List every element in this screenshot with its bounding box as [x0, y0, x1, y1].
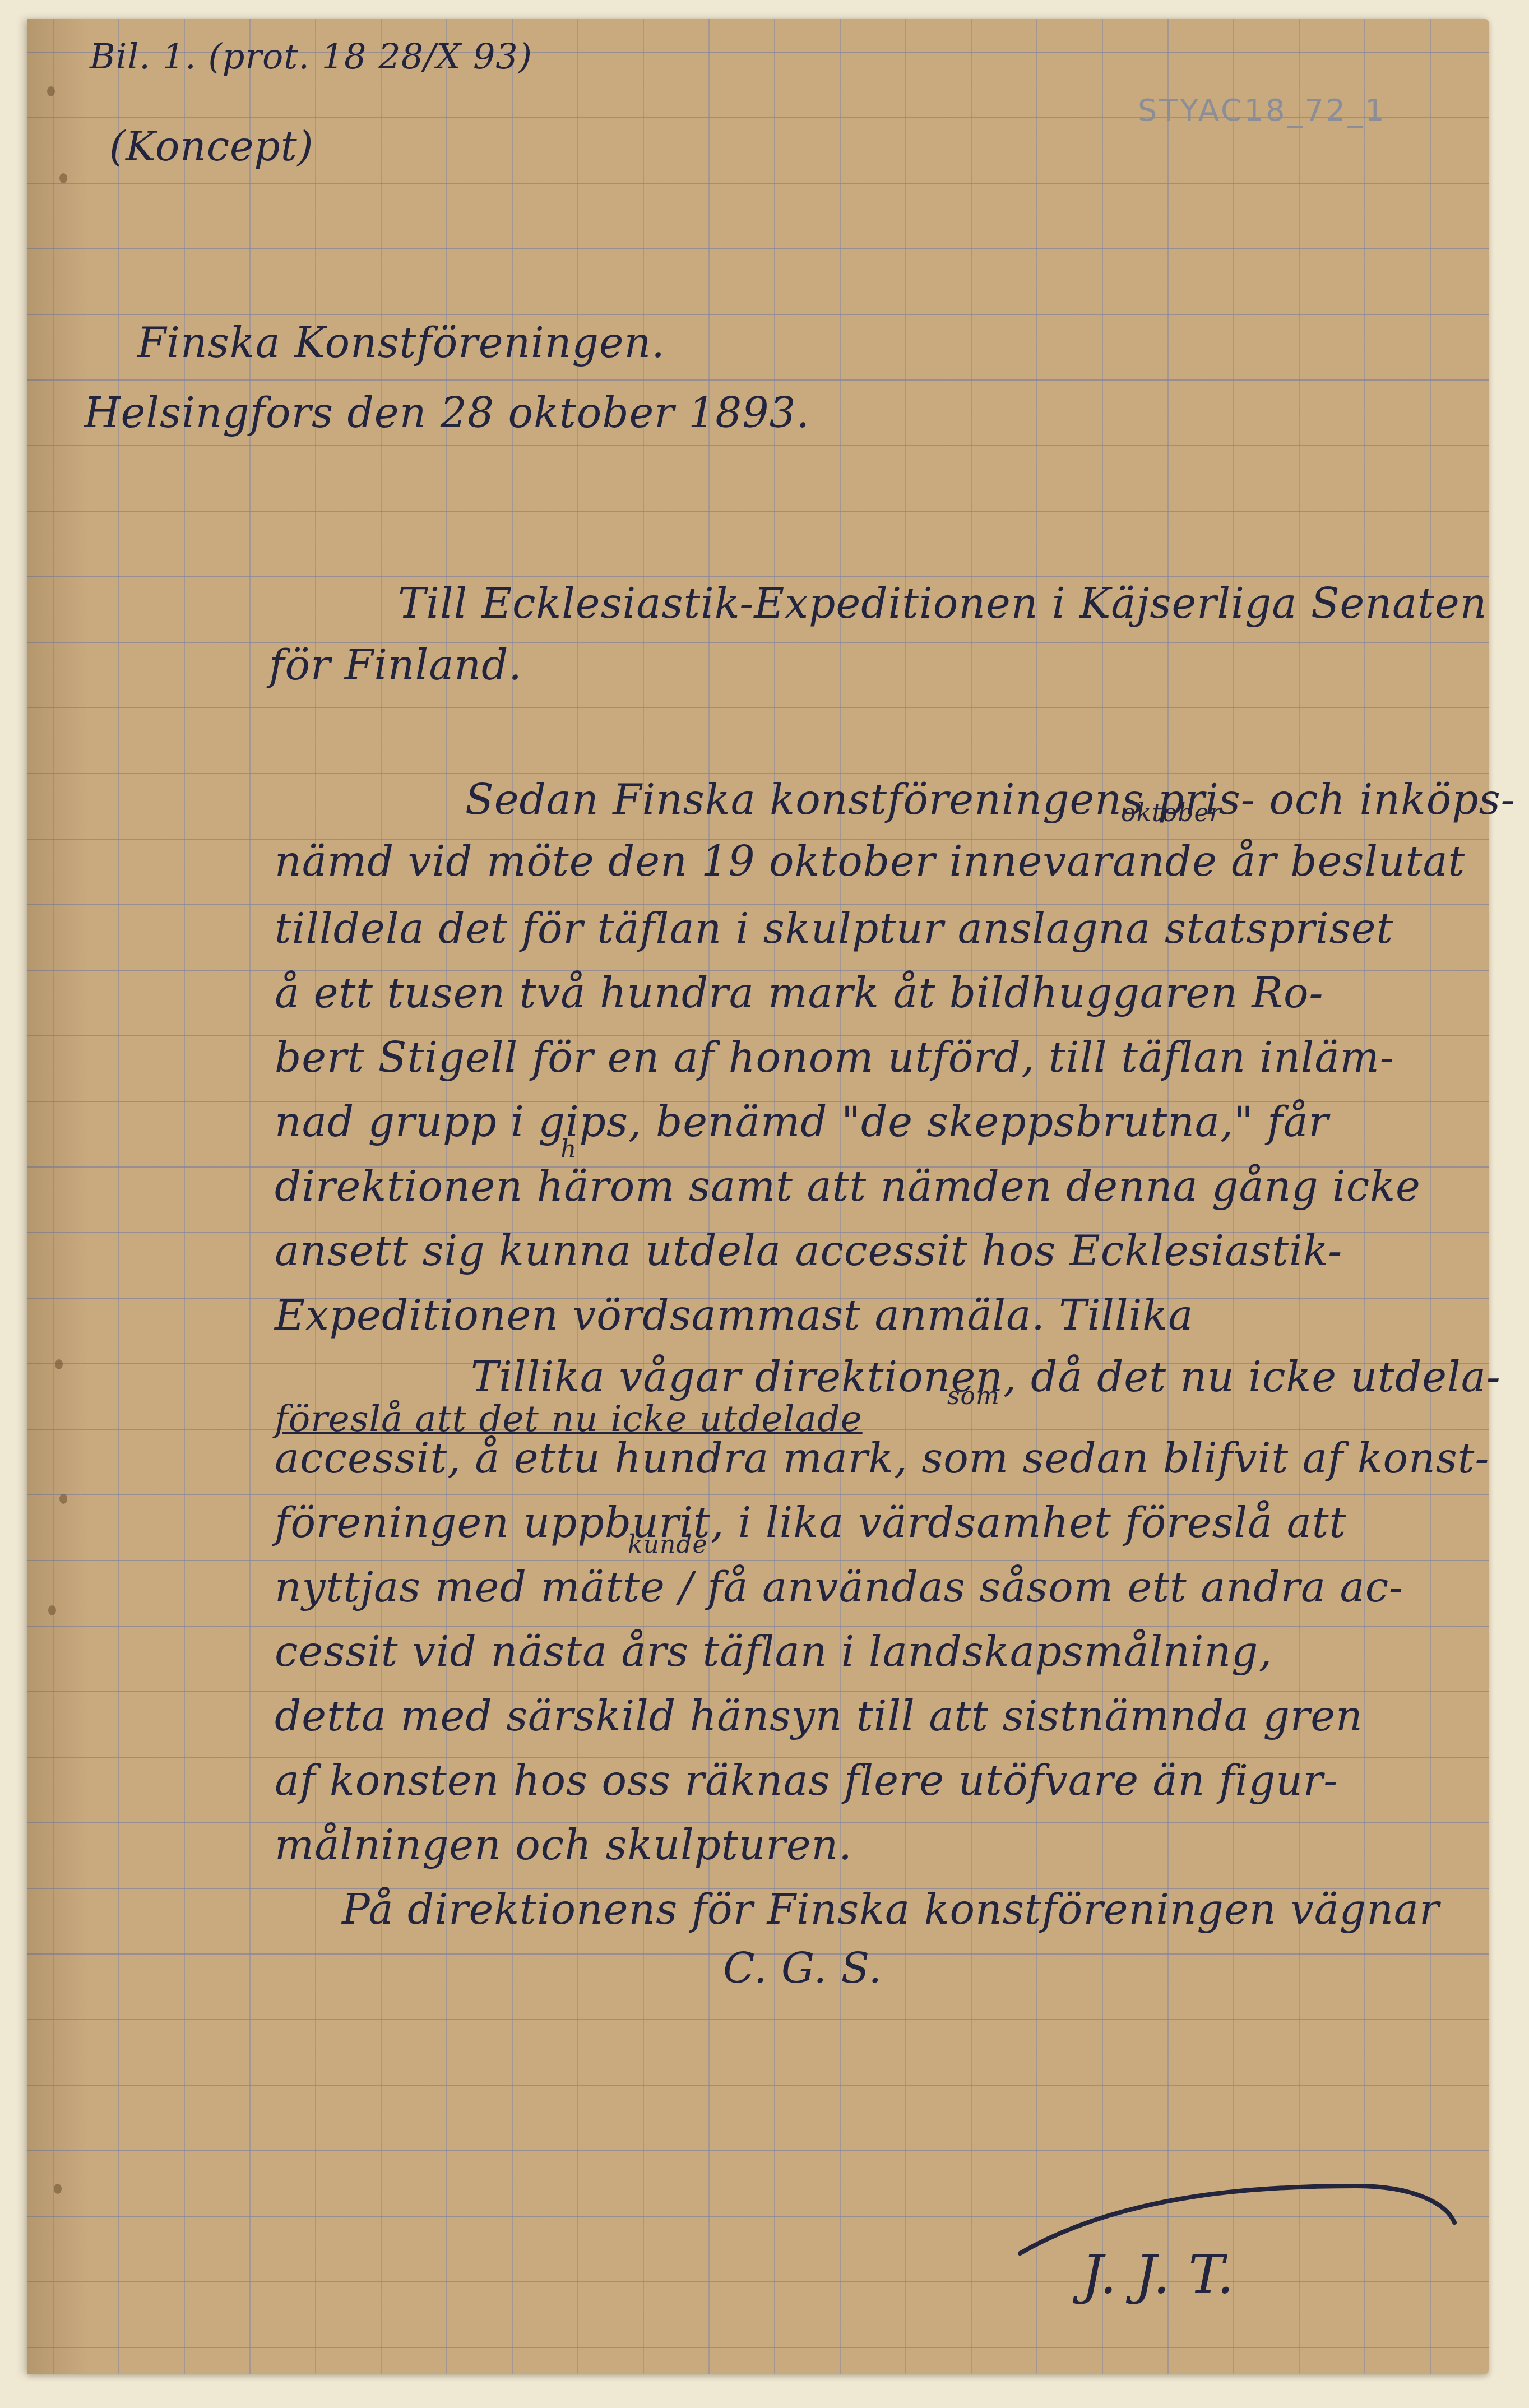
body-line: nämd vid möte den 19 oktober innevarande… — [275, 841, 1465, 882]
body-line: Expeditionen vördsammast anmäla. Tillika — [275, 1295, 1193, 1336]
body-line: af konsten hos oss räknas flere utöfvare… — [275, 1760, 1338, 1802]
body-line: Sedan Finska konstföreningens pris- och … — [465, 779, 1516, 821]
draft-label: (Koncept) — [109, 126, 314, 166]
sender-name: Finska Konstföreningen. — [137, 322, 665, 364]
body-line: nad grupp i gips, benämd "de skeppsbrutn… — [275, 1101, 1329, 1143]
place-date: Helsingfors den 28 oktober 1893. — [84, 392, 810, 434]
signature: J. J. T. — [1082, 2248, 1235, 2302]
punch-hole — [55, 1359, 63, 1369]
punch-hole — [48, 1605, 56, 1615]
interlinear-insertion: som — [947, 1382, 1000, 1410]
body-line: målningen och skulpturen. — [275, 1824, 852, 1866]
body-line: tilldela det för täflan i skulptur ansla… — [275, 908, 1393, 950]
recipient-line: för Finland. — [269, 645, 522, 686]
body-line-insertion: föreslå att det nu icke utdelade — [275, 1401, 863, 1437]
body-line: accessit, å ettu hundra mark, som sedan … — [275, 1438, 1489, 1479]
punch-hole — [54, 2184, 62, 2194]
body-line: nyttjas med mätte / få användas såsom et… — [275, 1567, 1403, 1608]
closing-line: På direktionens för Finska konstförening… — [342, 1889, 1439, 1930]
punch-hole — [59, 173, 67, 183]
punch-hole — [47, 86, 55, 96]
interlinear-insertion: kunde — [628, 1530, 708, 1559]
punch-hole — [59, 1494, 67, 1504]
header-note: Bil. 1. (prot. 18 28/X 93) — [90, 39, 532, 74]
recipient-line: Till Ecklesiastik-Expeditionen i Käjserl… — [398, 583, 1487, 624]
body-line: bert Stigell för en af honom utförd, til… — [275, 1037, 1394, 1078]
interlinear-insertion: h — [560, 1135, 577, 1164]
body-line: föreningen uppburit, i lika värdsamhet f… — [275, 1502, 1346, 1544]
archive-reference: STYAC18_72_1 — [1138, 92, 1387, 128]
body-line: detta med särskild hänsyn till att sistn… — [275, 1696, 1363, 1737]
body-line: å ett tusen två hundra mark åt bildhugga… — [275, 973, 1324, 1014]
initials: C. G. S. — [723, 1948, 882, 1989]
interlinear-insertion: oktober — [1121, 799, 1222, 827]
body-line: direktionen härom samt att nämden denna … — [275, 1166, 1421, 1207]
body-line: ansett sig kunna utdela accessit hos Eck… — [275, 1230, 1342, 1272]
body-line: cessit vid nästa års täflan i landskapsm… — [275, 1631, 1272, 1673]
